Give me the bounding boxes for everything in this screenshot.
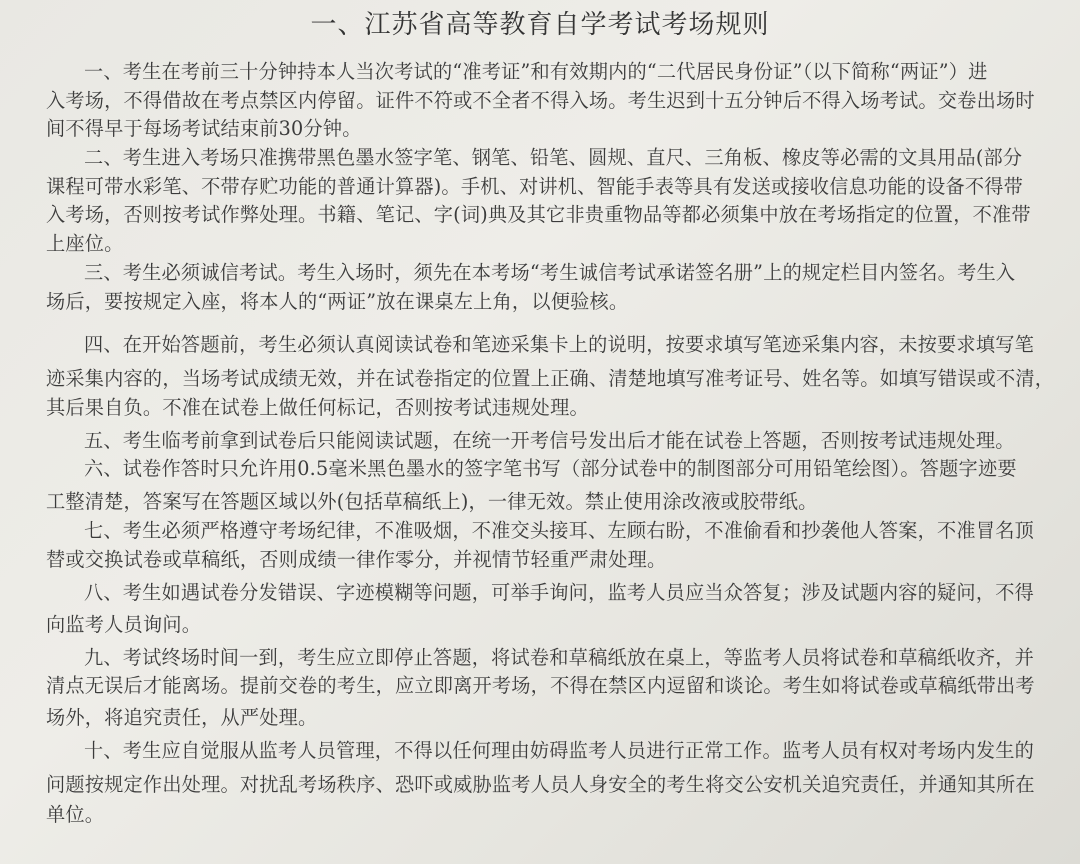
- rule-2-line-2: 课程可带水彩笔、不带存贮功能的普通计算器)。手机、对讲机、智能手表等具有发送或接…: [46, 175, 1046, 199]
- rule-2-line-4: 上座位。: [46, 232, 1046, 256]
- rule-3-line-2: 场后，要按规定入座，将本人的“两证”放在课桌左上角，以便验核。: [46, 290, 1046, 314]
- rule-8-line-1: 八、考生如遇试卷分发错误、字迹模糊等问题，可举手询问，监考人员应当众答复；涉及试…: [84, 581, 1080, 605]
- rule-4-line-2: 迹采集内容的，当场考试成绩无效，并在试卷指定的位置上正确、清楚地填写准考证号、姓…: [46, 367, 1046, 391]
- rule-10-line-1: 十、考生应自觉服从监考人员管理，不得以任何理由妨碍监考人员进行正常工作。监考人员…: [84, 739, 1080, 763]
- document-title: 一、江苏省高等教育自学考试考场规则: [0, 4, 1080, 41]
- rule-6-line-1: 六、试卷作答时只允许用0.5毫米黑色墨水的签字笔书写（部分试卷中的制图部分可用铅…: [84, 457, 1080, 481]
- document-page: 一、江苏省高等教育自学考试考场规则 一、考生在考前三十分钟持本人当次考试的“准考…: [0, 0, 1080, 864]
- rule-9-line-1: 九、考试终场时间一到，考生应立即停止答题，将试卷和草稿纸放在桌上，等监考人员将试…: [84, 646, 1080, 670]
- rule-7-line-1: 七、考生必须严格遵守考场纪律，不准吸烟，不准交头接耳、左顾右盼，不准偷看和抄袭他…: [84, 519, 1080, 543]
- rule-3-line-1: 三、考生必须诚信考试。考生入场时，须先在本考场“考生诚信考试承诺签名册”上的规定…: [84, 261, 1080, 285]
- rule-10-line-2: 问题按规定作出处理。对扰乱考场秩序、恐吓或威胁监考人员人身安全的考生将交公安机关…: [46, 773, 1046, 797]
- rule-8-line-2: 向监考人员询问。: [46, 613, 1046, 637]
- rule-9-line-3: 场外，将追究责任，从严处理。: [46, 706, 1046, 730]
- rule-2-line-3: 入考场，否则按考试作弊处理。书籍、笔记、字(词)典及其它非贵重物品等都必须集中放…: [46, 203, 1046, 227]
- rule-4-line-1: 四、在开始答题前，考生必须认真阅读试卷和笔迹采集卡上的说明，按要求填写笔迹采集内…: [84, 333, 1080, 357]
- rule-4-line-3: 其后果自负。不准在试卷上做任何标记，否则按考试违规处理。: [46, 396, 1046, 420]
- rule-6-line-2: 工整清楚，答案写在答题区域以外(包括草稿纸上)，一律无效。禁止使用涂改液或胶带纸…: [46, 490, 1046, 514]
- rule-1-line-1: 一、考生在考前三十分钟持本人当次考试的“准考证”和有效期内的“二代居民身份证”（…: [84, 60, 1080, 84]
- rule-1-line-2: 入考场，不得借故在考点禁区内停留。证件不符或不全者不得入场。考生迟到十五分钟后不…: [46, 89, 1046, 113]
- rule-2-line-1: 二、考生进入考场只准携带黑色墨水签字笔、钢笔、铅笔、圆规、直尺、三角板、橡皮等必…: [84, 146, 1080, 170]
- rule-1-line-3: 间不得早于每场考试结束前30分钟。: [46, 117, 1046, 141]
- rule-5-line-1: 五、考生临考前拿到试卷后只能阅读试题，在统一开考信号发出后才能在试卷上答题，否则…: [84, 429, 1080, 453]
- rule-10-line-3: 单位。: [46, 803, 1046, 827]
- rule-7-line-2: 替或交换试卷或草稿纸，否则成绩一律作零分，并视情节轻重严肃处理。: [46, 548, 1046, 572]
- rule-9-line-2: 清点无误后才能离场。提前交卷的考生，应立即离开考场，不得在禁区内逗留和谈论。考生…: [46, 674, 1046, 698]
